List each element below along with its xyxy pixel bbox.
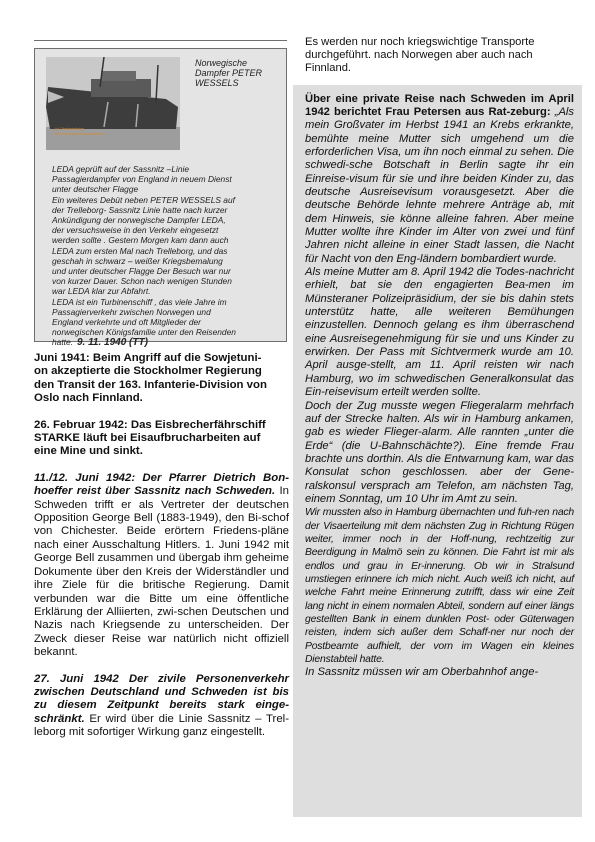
bonhoeffer-body: In Schweden trifft er als Vertreter der …: [34, 485, 289, 658]
article-line: Passagierdampfer von England in neuem Di…: [52, 174, 282, 184]
entry-line: Oslo nach Finnland.: [34, 392, 289, 405]
entry-june-27-1942: 27. Juni 1942 Der zivile Personenverkehr…: [34, 673, 289, 740]
article-line: war LEDA klar zur Abfahrt.: [52, 286, 282, 296]
article-line: der versuchsweise in den Verkehr eingese…: [52, 225, 282, 235]
article-line: Passagierverkehr zwischen Norwegen und: [52, 307, 282, 317]
article-line: LEDA geprüft auf der Sassnitz –Linie: [52, 164, 282, 174]
entry-feb-1942: 26. Februar 1942: Das Eisbrecherfährschi…: [34, 419, 289, 459]
report-paragraph-5: In Sassnitz müssen wir am Oberbahnhof an…: [305, 666, 574, 679]
bonhoeffer-paragraph: 11./12. Juni 1942: Der Pfarrer Dietrich …: [34, 472, 289, 660]
figure-article-text: LEDA geprüft auf der Sassnitz –Linie Pas…: [52, 164, 282, 349]
article-line: hatte.: [52, 337, 73, 347]
ship-photo: (c) Oberbekeheine http://www.trelleborg-…: [46, 57, 180, 150]
article-line: Ankündigung der norwegische Dampfer LEDA…: [52, 215, 282, 225]
caption-line: WESSELS: [195, 78, 280, 88]
entry-june-1941: Juni 1941: Beim Angriff auf die Sowjetun…: [34, 352, 289, 406]
report-paragraph-4: Wir mussten also in Hamburg übernachten …: [305, 506, 574, 666]
article-line: und unter deutscher Flagge Der Besuch wa…: [52, 266, 282, 276]
entry-line: Juni 1941: Beim Angriff auf die Sowjetun…: [34, 352, 289, 365]
entry-line: den Transit der 163. Infanterie-Division…: [34, 379, 289, 392]
article-line: LEDA zum ersten Mal nach Trelleborg, und…: [52, 246, 282, 256]
right-column: Es werden nur noch kriegswichtige Transp…: [305, 36, 580, 817]
article-line: unter deutscher Flagge: [52, 184, 282, 194]
report-paragraph-2: Als meine Mutter am 8. April 1942 die To…: [305, 266, 574, 399]
figure-top-rule: [34, 40, 287, 49]
caption-line: Norwegische: [195, 58, 280, 68]
watermark-line-2: http://www.trelleborg-sassnitz.de: [55, 132, 105, 137]
ship-figure-box: (c) Oberbekeheine http://www.trelleborg-…: [34, 40, 287, 342]
article-line: der Trelleborg- Sassnitz Linie hatte nac…: [52, 205, 282, 215]
entry-line: 26. Februar 1942: Das Eisbrecherfährschi…: [34, 419, 289, 432]
chronology-left: Juni 1941: Beim Angriff auf die Sowjetun…: [34, 352, 289, 740]
report-paragraph-1: Über eine private Reise nach Schweden im…: [305, 93, 574, 266]
article-line: norwegischen Königsfamilie unter den Rei…: [52, 327, 282, 337]
transport-note: Es werden nur noch kriegswichtige Transp…: [305, 36, 580, 76]
entry-line: STARKE läuft bei Eisaufbrucharbeiten auf: [34, 432, 289, 445]
left-column: (c) Oberbekeheine http://www.trelleborg-…: [34, 40, 289, 753]
article-line: LEDA ist ein Turbinenschiff , das viele …: [52, 297, 282, 307]
article-date: 9. 11. 1940 (TT): [77, 337, 148, 348]
report-headline: Über eine private Reise nach Schweden im…: [305, 93, 574, 118]
bonhoeffer-headline: 11./12. Juni 1942: Der Pfarrer Dietrich …: [34, 472, 289, 497]
photo-watermark: (c) Oberbekeheine http://www.trelleborg-…: [55, 127, 105, 137]
article-line: geschah in schwarz – weißer Kriegsbemalu…: [52, 256, 282, 266]
report-quote-start: „Als mein Großvater im Herbst 1941 an Kr…: [305, 106, 574, 265]
article-last-line: hatte.9. 11. 1940 (TT): [52, 337, 282, 348]
article-line: von kurzer Dauer. Schon nach wenigen Stu…: [52, 276, 282, 286]
photo-caption: Norwegische Dampfer PETER WESSELS: [195, 58, 280, 88]
article-line: Ein weiteres Debüt neben PETER WESSELS a…: [52, 195, 282, 205]
entry-line: eine Mine und sinkt.: [34, 445, 289, 458]
petersen-report-box: Über eine private Reise nach Schweden im…: [293, 85, 582, 817]
entry-line: on akzeptierte die Stockholmer Regierung: [34, 365, 289, 378]
june27-paragraph: 27. Juni 1942 Der zivile Personenverkehr…: [34, 673, 289, 740]
caption-line: Dampfer PETER: [195, 68, 280, 78]
report-paragraph-3: Doch der Zug musste wegen Fliegeralarm m…: [305, 400, 574, 507]
article-line: England verkehrte und oft Mitglieder der: [52, 317, 282, 327]
article-line: werden sollte . Gestern Morgen kam dann …: [52, 235, 282, 245]
entry-bonhoeffer: 11./12. Juni 1942: Der Pfarrer Dietrich …: [34, 472, 289, 660]
